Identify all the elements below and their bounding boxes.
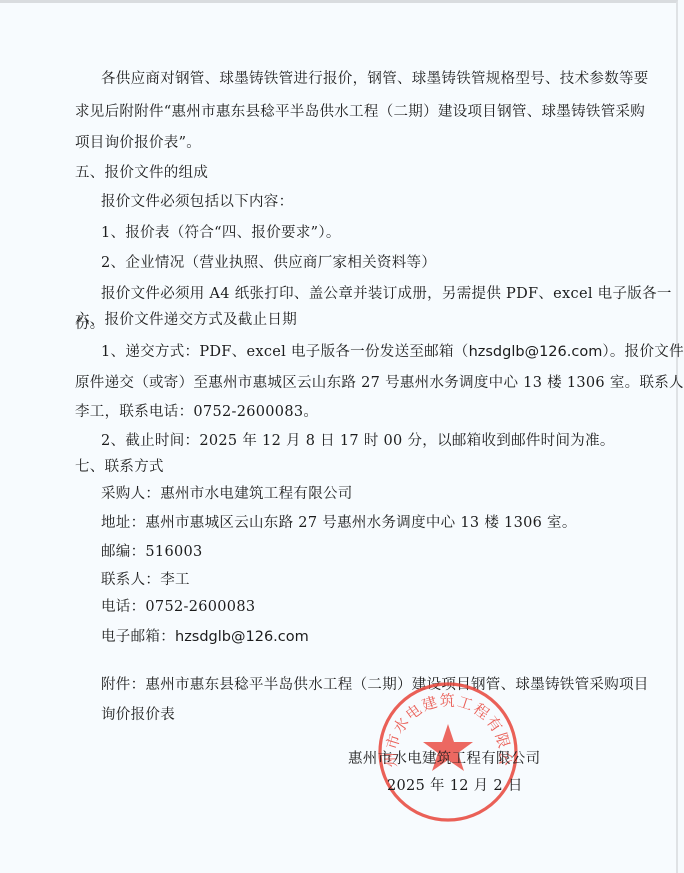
- contact-address: 地址：惠州市惠城区云山东路 27 号惠州水务调度中心 13 楼 1306 室。: [101, 513, 577, 533]
- section5-note-line1: 报价文件必须用 A4 纸张打印、盖公章并装订成册，另需提供 PDF、excel …: [101, 284, 672, 304]
- section-heading-7: 七、联系方式: [75, 457, 164, 477]
- contact-person: 联系人：李工: [101, 570, 190, 590]
- submission-email-link[interactable]: hzsdglb@126.com: [469, 344, 603, 360]
- section5-item-1: 1、报价表（符合“四、报价要求”）。: [101, 223, 341, 243]
- section6-item-1-line2: 原件递交（或寄）至惠州市惠城区云山东路 27 号惠州水务调度中心 13 楼 13…: [75, 373, 684, 393]
- submission-method-text: 1、递交方式：PDF、excel 电子版各一份发送至邮箱（: [101, 344, 469, 360]
- section6-item-1-line3: 李工，联系电话：0752-2600083。: [75, 402, 318, 422]
- document-page: 各供应商对钢管、球墨铸铁管进行报价，钢管、球墨铸铁管规格型号、技术参数等要 求见…: [0, 0, 678, 873]
- contact-purchaser: 采购人：惠州市水电建筑工程有限公司: [101, 484, 353, 504]
- contact-postcode: 邮编：516003: [101, 542, 203, 562]
- signature-company: 惠州市水电建筑工程有限公司: [348, 747, 540, 768]
- paragraph-quote-requirement-line3: 项目询价报价表”。: [75, 133, 201, 153]
- section5-intro: 报价文件必须包括以下内容：: [101, 192, 293, 212]
- section6-item-2-deadline: 2、截止时间：2025 年 12 月 8 日 17 时 00 分，以邮箱收到邮件…: [101, 431, 615, 451]
- paragraph-quote-requirement-line2: 求见后附附件“惠州市惠东县稔平半岛供水工程（二期）建设项目钢管、球墨铸铁管采购: [75, 102, 645, 122]
- signature-date: 2025 年 12 月 2 日: [387, 774, 523, 795]
- paragraph-quote-requirement-line1: 各供应商对钢管、球墨铸铁管进行报价，钢管、球墨铸铁管规格型号、技术参数等要: [101, 69, 649, 89]
- contact-phone: 电话：0752-2600083: [101, 597, 255, 617]
- section-heading-6: 六、报价文件递交方式及截止日期: [75, 310, 297, 330]
- contact-email-row: 电子邮箱：hzsdglb@126.com: [101, 627, 309, 647]
- contact-email-label: 电子邮箱：: [101, 629, 175, 645]
- submission-method-suffix: ）。报价文件: [602, 344, 684, 360]
- section5-item-2: 2、企业情况（营业执照、供应商厂家相关资料等）: [101, 253, 436, 273]
- attachment-line1: 附件：惠州市惠东县稔平半岛供水工程（二期）建设项目钢管、球墨铸铁管采购项目: [101, 675, 649, 695]
- attachment-line2: 询价报价表: [101, 705, 175, 725]
- section-heading-5: 五、报价文件的组成: [75, 163, 208, 183]
- contact-email-link[interactable]: hzsdglb@126.com: [175, 629, 309, 645]
- section6-item-1-line1: 1、递交方式：PDF、excel 电子版各一份发送至邮箱（hzsdglb@126…: [101, 342, 684, 362]
